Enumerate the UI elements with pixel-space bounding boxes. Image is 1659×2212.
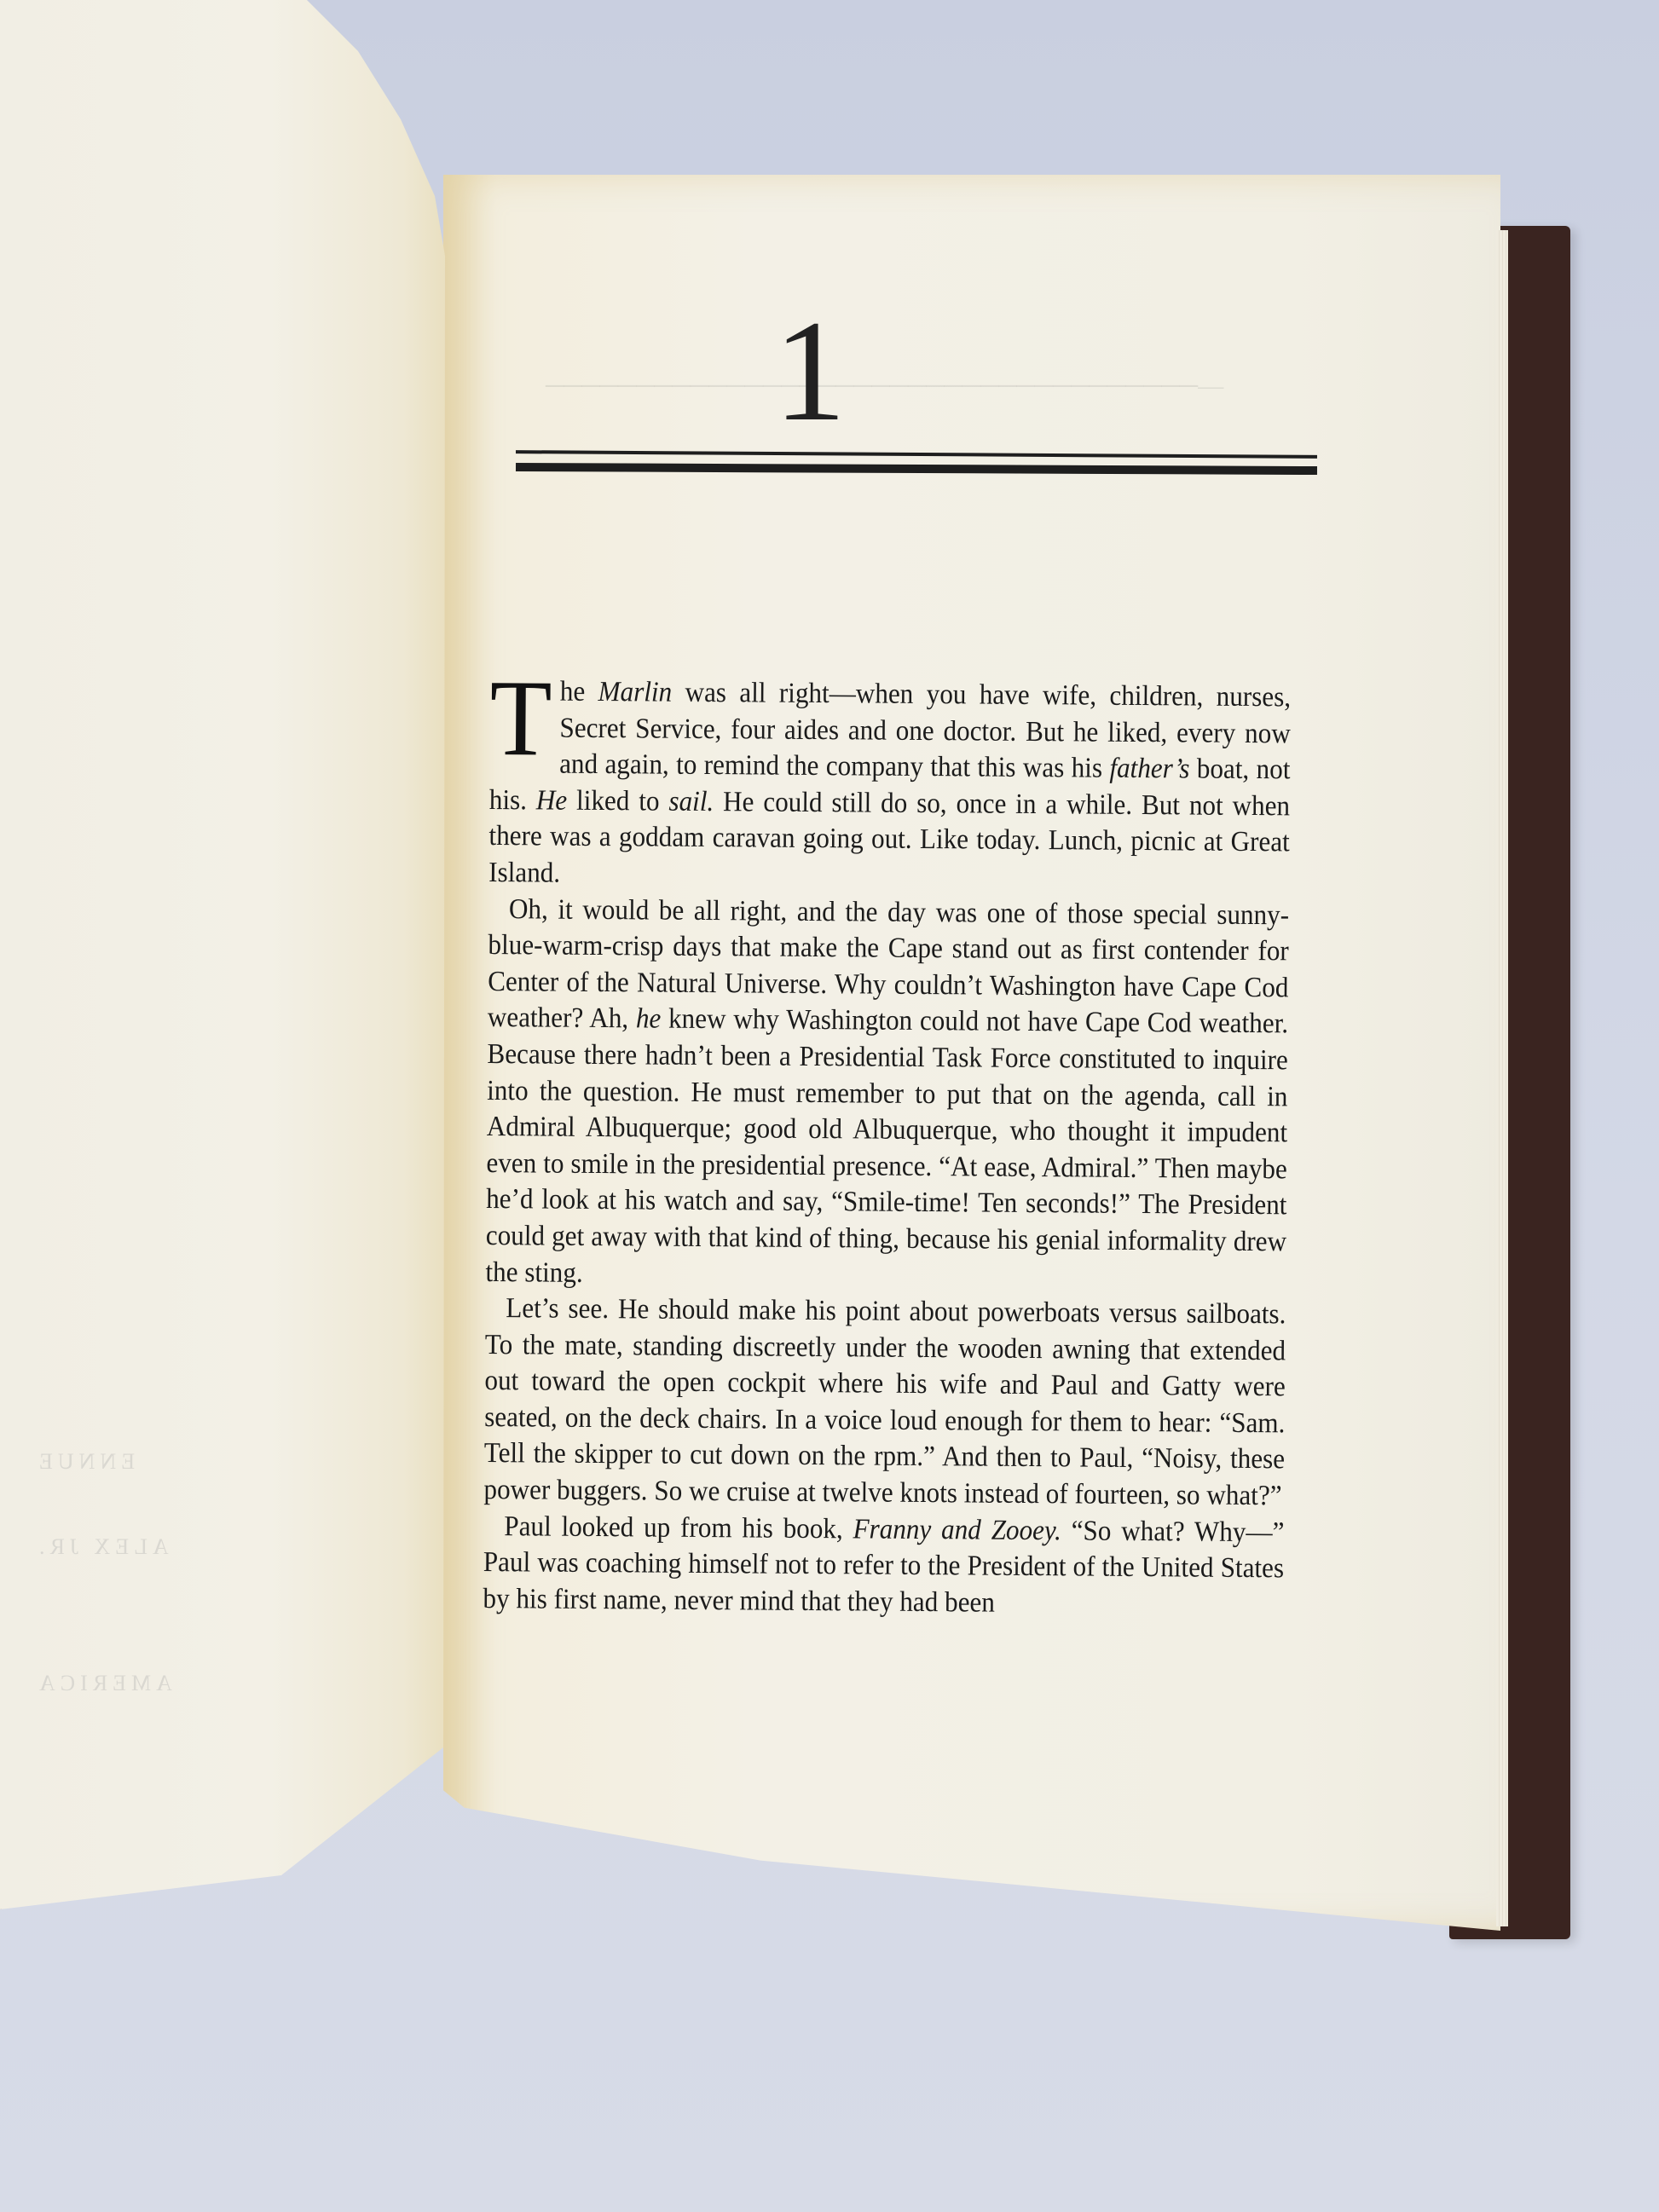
page-block-edge [1496,230,1508,1926]
italic-run: he [636,1003,662,1035]
left-page-ghost-2: ALEX JR. [34,1534,169,1560]
italic-run: He [536,784,568,816]
paragraph-3: Let’s see. He should make his point abou… [483,1291,1286,1515]
text-run: Let’s see. He should make his point abou… [483,1292,1286,1511]
left-page[interactable]: ENNUE ALEX JR. AMERICA [0,0,448,1909]
left-page-ghost-1: ENNUE [34,1449,135,1475]
italic-run: father’s [1109,753,1189,785]
paragraph-4: Paul looked up from his book, Franny and… [483,1509,1284,1624]
body-text: The Marlin was all right—when you have w… [483,673,1291,1624]
text-run: liked to [567,784,669,817]
text-run: knew why Washington could not have Cape … [485,1003,1288,1288]
left-page-ghost-3: AMERICA [34,1671,172,1696]
italic-run: Franny and Zooey. [853,1513,1061,1546]
chapter-number: 1 [699,298,921,443]
paragraph-1: The Marlin was all right—when you have w… [488,673,1291,898]
text-run: Paul looked up from his book, [504,1510,853,1545]
text-run: he [560,676,598,707]
italic-run: sail. [668,785,714,817]
drop-cap: T [489,677,552,759]
italic-run: Marlin [598,676,672,708]
paragraph-2: Oh, it would be all right, and the day w… [485,892,1289,1297]
